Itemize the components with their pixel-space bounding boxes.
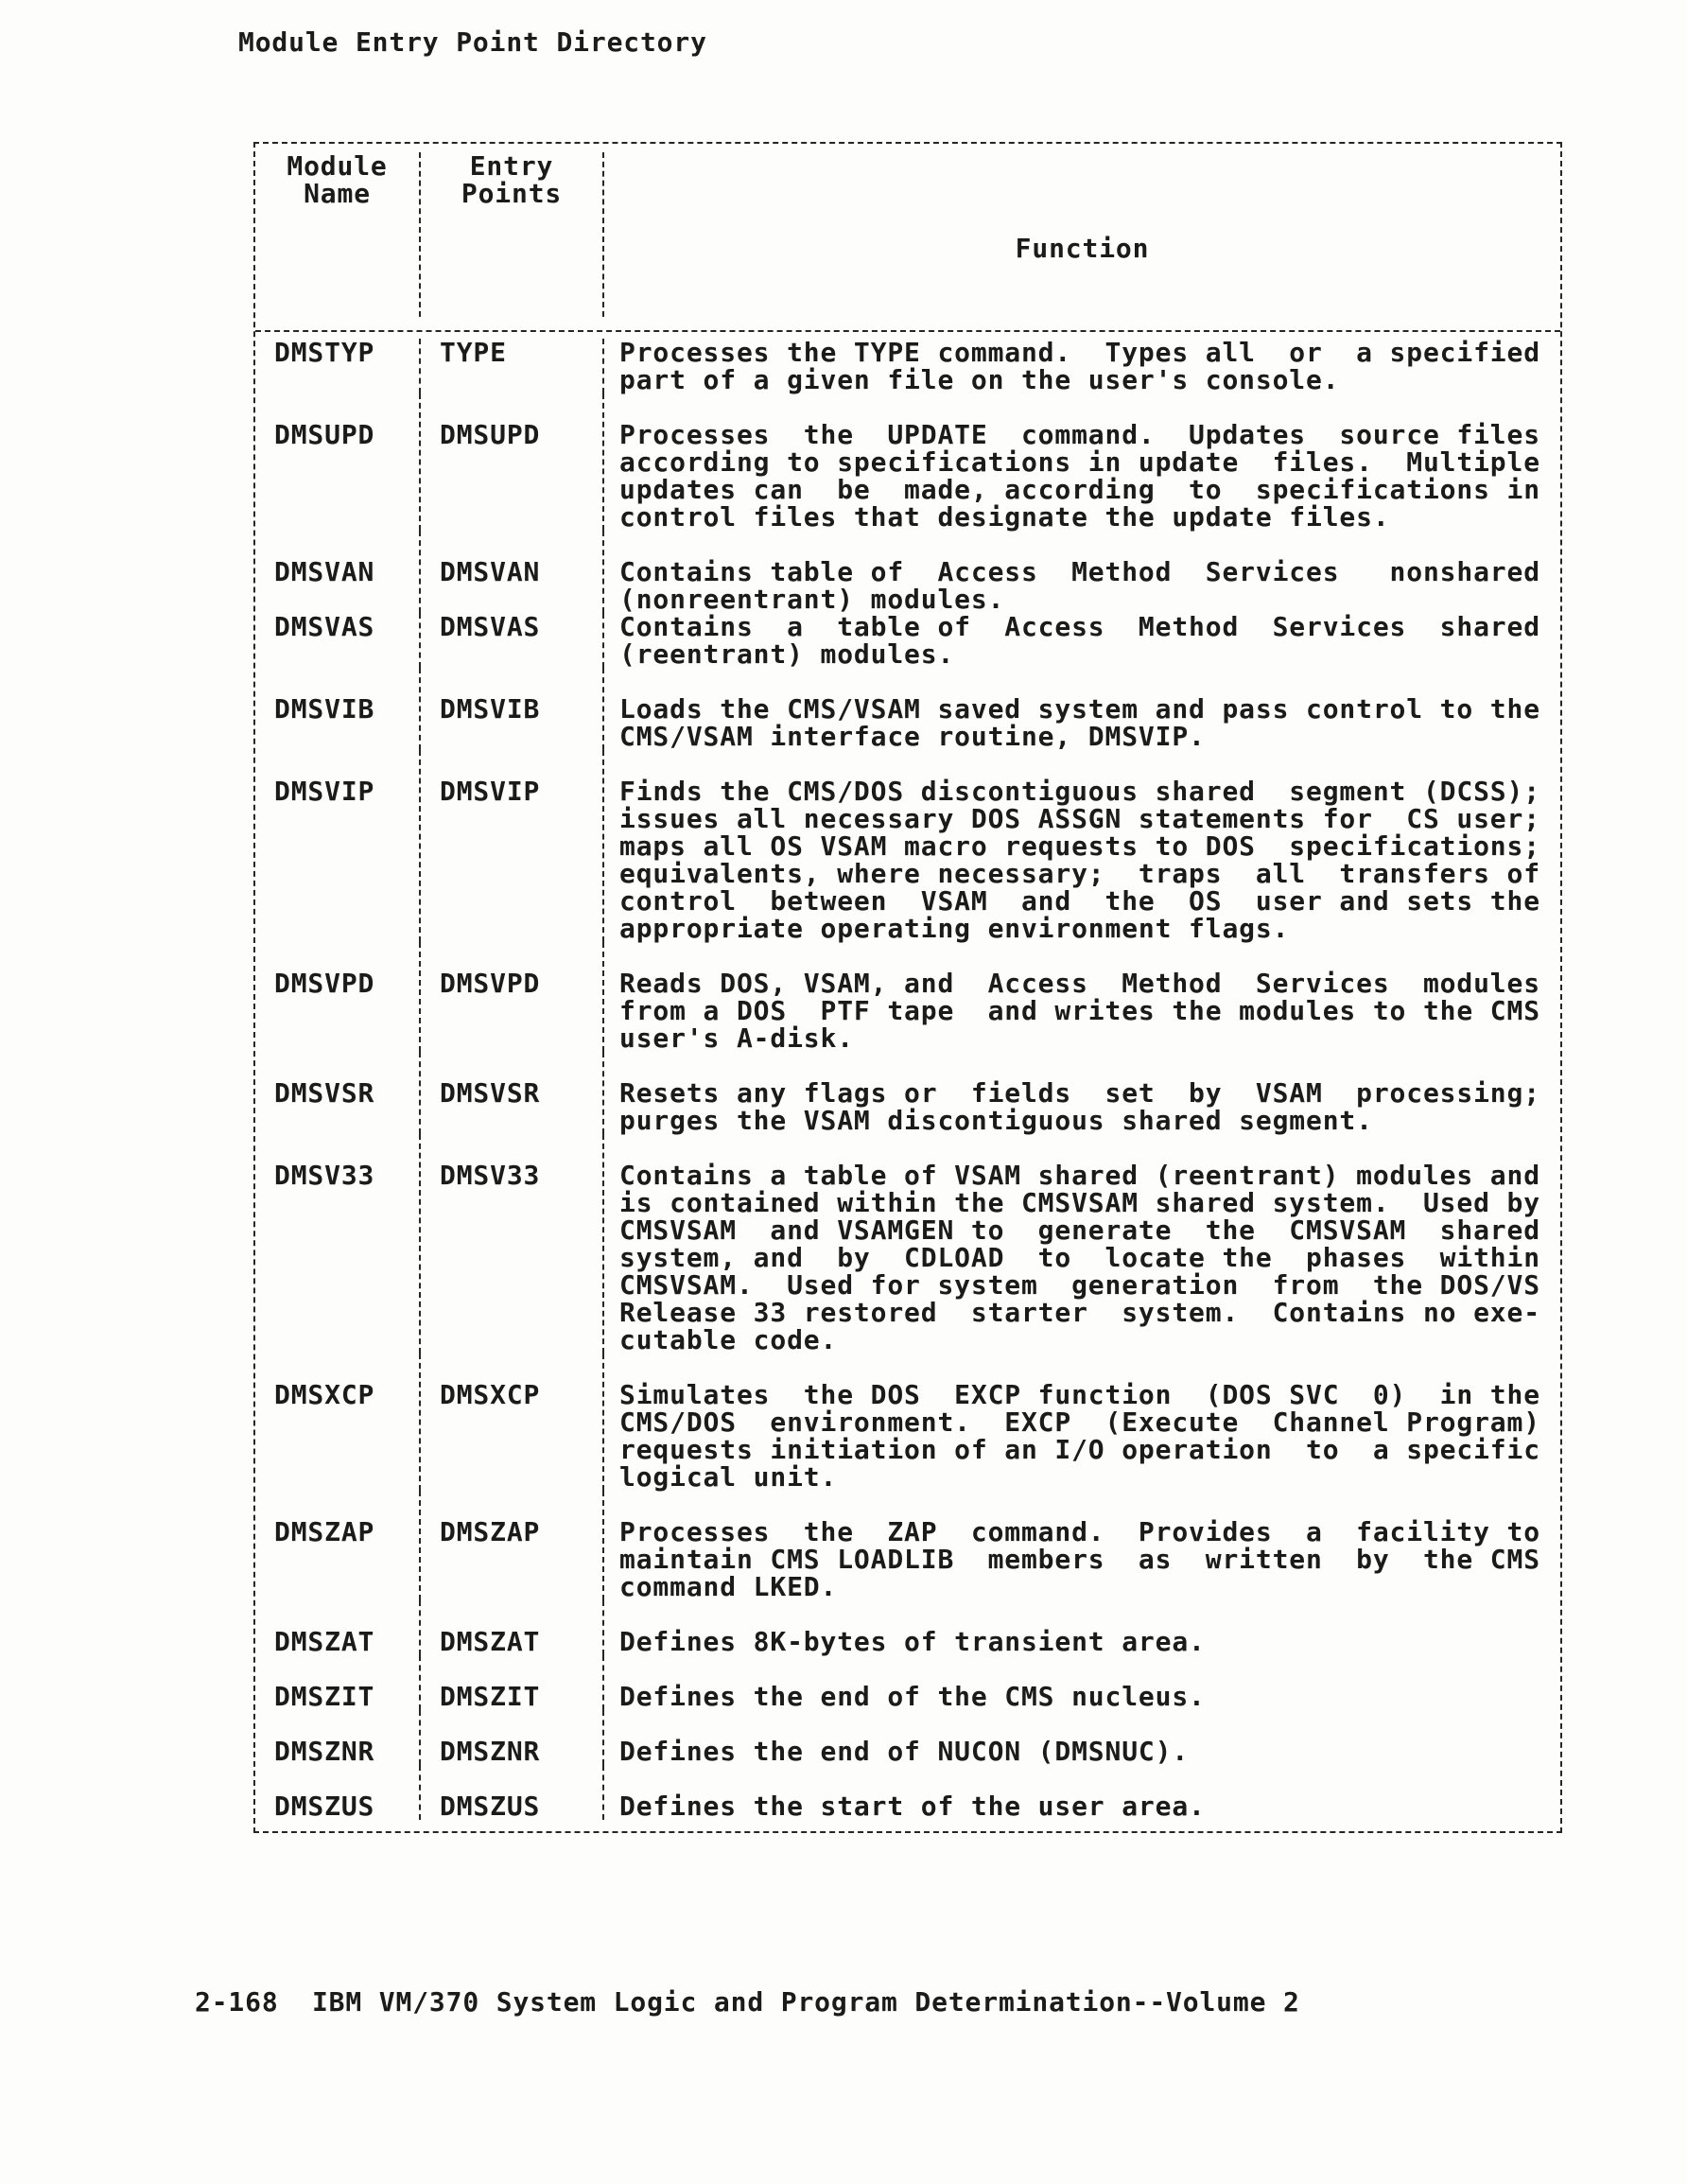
module-name-cell: DMSVPD [255,942,421,1052]
function-cell: Finds the CMS/DOS discontiguous shared s… [604,750,1560,942]
function-cell: Simulates the DOS EXCP function (DOS SVC… [604,1354,1560,1491]
entry-points-cell: DMSZIT [421,1655,604,1710]
function-cell: Defines the end of the CMS nucleus. [604,1655,1560,1710]
function-cell: Defines the start of the user area. [604,1765,1560,1820]
module-name-cell: DMSVSR [255,1052,421,1134]
module-entry-point-table: Module Name Entry Points Function DMSTYP… [253,142,1562,1833]
function-cell: Processes the TYPE command. Types all or… [604,339,1560,393]
entry-points-cell: DMSZAT [421,1600,604,1655]
module-name-cell: DMSVIB [255,668,421,750]
entry-points-cell: DMSVPD [421,942,604,1052]
entry-points-cell: DMSZUS [421,1765,604,1820]
function-cell: Processes the UPDATE command. Updates so… [604,393,1560,531]
table-row: DMSZIT DMSZIT Defines the end of the CMS… [255,1655,1560,1710]
table-row: DMSXCP DMSXCP Simulates the DOS EXCP fun… [255,1354,1560,1491]
table-row: DMSZAP DMSZAP Processes the ZAP command.… [255,1491,1560,1600]
column-header-function: Function [604,152,1560,317]
entry-points-cell: DMSVSR [421,1052,604,1134]
function-cell: Processes the ZAP command. Provides a fa… [604,1491,1560,1600]
header-function-label: Function [604,207,1560,262]
table-header-row: Module Name Entry Points Function [255,144,1560,332]
entry-points-cell: TYPE [421,339,604,393]
table-row: DMSZAT DMSZAT Defines 8K-bytes of transi… [255,1600,1560,1655]
table-row: DMSVIB DMSVIB Loads the CMS/VSAM saved s… [255,668,1560,750]
entry-points-cell: DMSUPD [421,393,604,531]
table-row: DMSTYP TYPE Processes the TYPE command. … [255,339,1560,393]
column-header-module-name: Module Name [255,152,421,317]
entry-points-cell: DMSV33 [421,1134,604,1354]
entry-points-cell: DMSZNR [421,1710,604,1765]
entry-points-cell: DMSZAP [421,1491,604,1600]
function-cell: Contains a table of VSAM shared (reentra… [604,1134,1560,1354]
page-title: Module Entry Point Directory [238,26,707,58]
entry-points-cell: DMSVAS [421,613,604,668]
column-header-entry-points: Entry Points [421,152,604,317]
module-name-cell: DMSZNR [255,1710,421,1765]
table-row: DMSVPD DMSVPD Reads DOS, VSAM, and Acces… [255,942,1560,1052]
page-footer: 2-168 IBM VM/370 System Logic and Progra… [195,1986,1300,2018]
module-name-cell: DMSZAP [255,1491,421,1600]
module-name-cell: DMSZAT [255,1600,421,1655]
table-row: DMSZUS DMSZUS Defines the start of the u… [255,1765,1560,1820]
module-name-cell: DMSVIP [255,750,421,942]
table-body: DMSTYP TYPE Processes the TYPE command. … [255,332,1560,1831]
entry-points-cell: DMSVIB [421,668,604,750]
module-name-cell: DMSUPD [255,393,421,531]
module-name-cell: DMSVAN [255,531,421,613]
table-row: DMSVSR DMSVSR Resets any flags or fields… [255,1052,1560,1134]
module-name-cell: DMSXCP [255,1354,421,1491]
header-module-line2: Name [255,180,419,207]
header-entry-line1: Entry [421,152,602,180]
table-row: DMSVAN DMSVAN Contains table of Access M… [255,531,1560,613]
table-row: DMSVIP DMSVIP Finds the CMS/DOS disconti… [255,750,1560,942]
function-cell: Contains a table of Access Method Servic… [604,613,1560,668]
header-module-line1: Module [255,152,419,180]
entry-points-cell: DMSXCP [421,1354,604,1491]
table-row: DMSUPD DMSUPD Processes the UPDATE comma… [255,393,1560,531]
function-cell: Contains table of Access Method Services… [604,531,1560,613]
function-cell: Defines the end of NUCON (DMSNUC). [604,1710,1560,1765]
table-row: DMSV33 DMSV33 Contains a table of VSAM s… [255,1134,1560,1354]
module-name-cell: DMSTYP [255,339,421,393]
function-cell: Defines 8K-bytes of transient area. [604,1600,1560,1655]
module-name-cell: DMSVAS [255,613,421,668]
table-row: DMSZNR DMSZNR Defines the end of NUCON (… [255,1710,1560,1765]
entry-points-cell: DMSVAN [421,531,604,613]
function-cell: Reads DOS, VSAM, and Access Method Servi… [604,942,1560,1052]
header-entry-line2: Points [421,180,602,207]
entry-points-cell: DMSVIP [421,750,604,942]
module-name-cell: DMSZUS [255,1765,421,1820]
function-cell: Loads the CMS/VSAM saved system and pass… [604,668,1560,750]
function-cell: Resets any flags or fields set by VSAM p… [604,1052,1560,1134]
table-row: DMSVAS DMSVAS Contains a table of Access… [255,613,1560,668]
document-page: Module Entry Point Directory Module Name… [0,0,1687,2184]
module-name-cell: DMSZIT [255,1655,421,1710]
module-name-cell: DMSV33 [255,1134,421,1354]
